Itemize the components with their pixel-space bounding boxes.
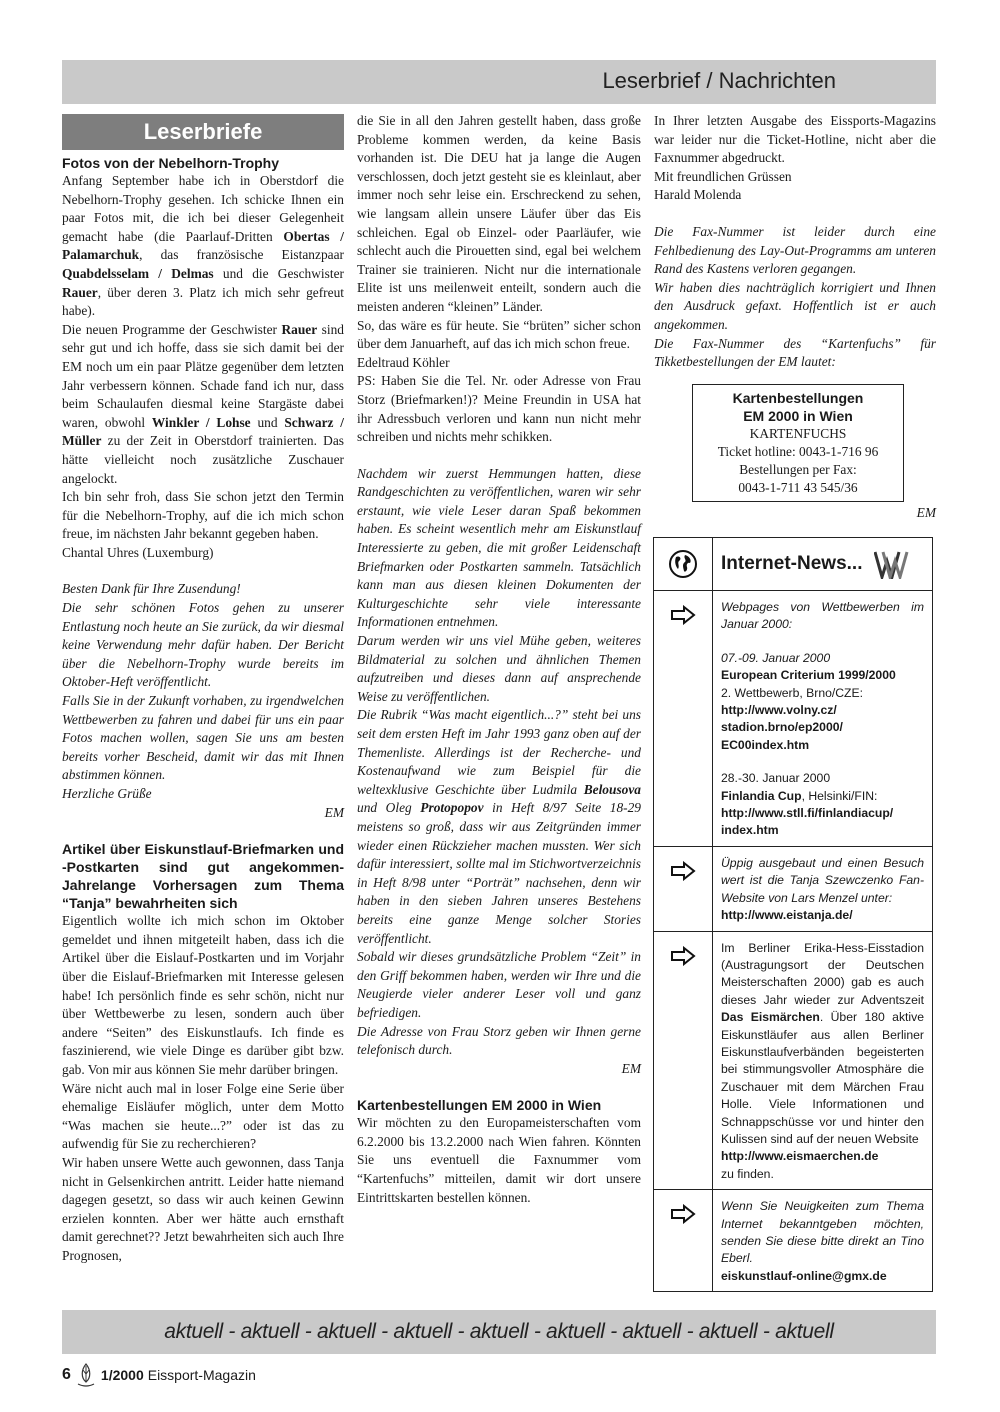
globe-icon [668,549,698,579]
letter-paragraph: Anfang September habe ich in Oberstdorf … [62,172,344,321]
reply-signature: EM [654,504,936,523]
reply-signature: EM [357,1060,641,1079]
issue-number: 1/2000 [101,1367,144,1383]
ticket-box-subtitle: EM 2000 in Wien [695,407,901,425]
arrow-right-icon [670,1204,696,1224]
event-name-place: Finlandia Cup, Helsinki/FIN: [721,788,924,805]
reply-paragraph: Die sehr schönen Fotos gehen zu unserer … [62,599,344,692]
ticket-box-fax-label: Bestellungen per Fax: [695,461,901,479]
letter-paragraph: Mit freundlichen Grüssen [654,168,936,187]
letter-author: Harald Molenda [654,186,936,205]
page-title: Leserbrief / Nachrichten [602,68,836,94]
internet-news-header: Internet-News... [654,538,932,590]
ticket-info-box: Kartenbestellungen EM 2000 in Wien KARTE… [692,384,904,502]
letter-author: Chantal Uhres (Luxemburg) [62,544,344,563]
arrow-right-icon [670,946,696,966]
internet-news-item: Üppig ausgebaut und einen Besuch wert is… [654,846,932,931]
news-url-link[interactable]: http://www.eistanja.de/ [721,907,924,924]
reply-paragraph: Die Fax-Nummer des “Kartenfuchs” für Tik… [654,335,936,372]
w-logo-icon [874,549,910,579]
reply-paragraph: Falls Sie in der Zukunft vorhaben, zu ir… [62,692,344,785]
reply-paragraph: Wir haben dies nachträglich korrigiert u… [654,279,936,335]
letter-author: Edeltraud Köhler [357,354,641,373]
letter-paragraph: Ich bin sehr froh, dass Sie schon jetzt … [62,488,344,544]
news-text: Üppig ausgebaut und einen Besuch wert is… [721,855,924,907]
reply-paragraph: Sobald wir dieses grundsätzliche Problem… [357,948,641,1022]
section-banner-label: Leserbriefe [144,123,263,142]
event-url-link[interactable]: http://www.stll.fi/finlandiacup/ index.h… [721,805,924,840]
letter-paragraph: Wäre nicht auch mal in loser Folge eine … [62,1080,344,1154]
reply-paragraph: Die Fax-Nummer ist leider durch eine Feh… [654,223,936,279]
internet-news-item: Wenn Sie Neuigkeiten zum Thema Internet … [654,1189,932,1291]
internet-news-item: Webpages von Wettbewerben im Januar 2000… [654,590,932,846]
internet-news-title: Internet-News... [721,555,862,572]
letter-paragraph: Wir möchten zu den Europameisterschaften… [357,1114,641,1207]
arrow-right-icon [670,605,696,625]
arrow-right-icon [670,861,696,881]
footer-banner-text: aktuell - aktuell - aktuell - aktuell - … [164,1320,834,1344]
reply-paragraph: Nachdem wir zuerst Hemmungen hatten, die… [357,465,641,632]
letter-paragraph: Die neuen Programme der Geschwister Raue… [62,321,344,488]
ticket-box-hotline: Ticket hotline: 0043-1-716 96 [695,443,901,461]
event-date: 07.-09. Januar 2000 [721,650,924,667]
ticket-box-title: Kartenbestellungen [695,389,901,407]
letter-postscript: PS: Haben Sie die Tel. Nr. oder Adresse … [357,372,641,446]
event-name: European Criterium 1999/2000 [721,667,924,684]
letter-heading: Artikel über Eiskunstlauf-Briefmarken un… [62,840,344,912]
reply-paragraph: Besten Dank für Ihre Zusendung! [62,580,344,599]
event-url-link[interactable]: http://www.volny.cz/ stadion.brno/ep2000… [721,702,924,754]
letter-heading: Fotos von der Nebelhorn-Trophy [62,154,344,172]
news-text: zu finden. [721,1166,924,1183]
magazine-logo-icon [75,1362,97,1388]
news-text: Im Berliner Erika-Hess-Eisstadion (Austr… [721,940,924,1149]
event-place: 2. Wettbewerb, Brno/CZE: [721,685,924,702]
news-text: Wenn Sie Neuigkeiten zum Thema Internet … [721,1198,924,1268]
page-number: 6 [62,1366,71,1384]
letter-paragraph: Wir haben unsere Wette auch gewonnen, da… [62,1154,344,1266]
internet-news-item: Im Berliner Erika-Hess-Eisstadion (Austr… [654,931,932,1190]
contact-email-link[interactable]: eiskunstlauf-online@gmx.de [721,1268,924,1285]
letter-heading: Kartenbestellungen EM 2000 in Wien [357,1096,641,1114]
column-3: In Ihrer letzten Ausgabe des Eissports-M… [654,112,936,522]
reply-paragraph: Darum werden wir uns viel Mühe geben, we… [357,632,641,706]
ticket-box-fax: 0043-1-711 43 545/36 [695,479,901,497]
section-banner: Leserbriefe [62,114,344,150]
news-url-link[interactable]: http://www.eismaerchen.de [721,1148,924,1165]
letter-paragraph: die Sie in all den Jahren gestellt haben… [357,112,641,317]
ticket-box-name: KARTENFUCHS [695,425,901,443]
column-2: die Sie in all den Jahren gestellt haben… [357,112,641,1207]
letter-paragraph: In Ihrer letzten Ausgabe des Eissports-M… [654,112,936,168]
letter-paragraph: So, das wäre es für heute. Sie “brüten” … [357,317,641,354]
reply-paragraph: Die Rubrik “Was macht eigentlich...?” st… [357,706,641,948]
footer-banner: aktuell - aktuell - aktuell - aktuell - … [62,1310,936,1354]
internet-news-box: Internet-News... Webpages von Wettbewerb… [653,537,933,1292]
news-intro: Webpages von Wettbewerben im Januar 2000… [721,599,924,634]
reply-paragraph: Die Adresse von Frau Storz geben wir Ihn… [357,1023,641,1060]
page-footer: 6 1/2000 Eissport-Magazin [62,1362,256,1388]
column-1: Leserbriefe Fotos von der Nebelhorn-Trop… [62,112,344,1265]
magazine-name: Eissport-Magazin [148,1367,256,1383]
reply-signature: EM [62,804,344,823]
letter-paragraph: Eigentlich wollte ich mich schon im Okto… [62,912,344,1079]
event-date: 28.-30. Januar 2000 [721,770,924,787]
reply-paragraph: Herzliche Grüße [62,785,344,804]
header-bar: Leserbrief / Nachrichten [62,60,936,104]
